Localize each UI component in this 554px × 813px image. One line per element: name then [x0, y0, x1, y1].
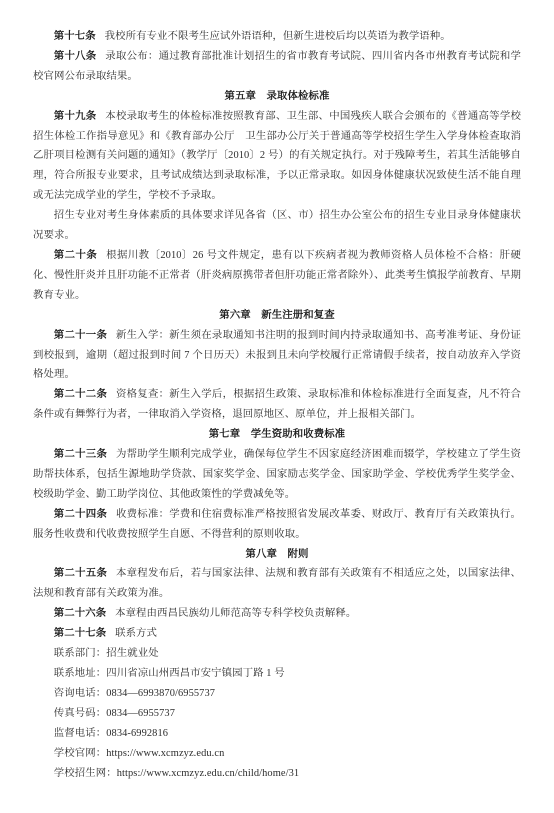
- paragraph-text: 联系部门：招生就业处: [54, 648, 159, 659]
- article-paragraph: 第二十七条联系方式: [33, 624, 521, 644]
- article-number: 第二十四条: [54, 509, 107, 520]
- chapter-heading: 第五章 录取体检标准: [33, 87, 521, 107]
- article-number: 第二十七条: [54, 628, 106, 639]
- paragraph-text: 联系地址：四川省凉山州西昌市安宁镇园丁路 1 号: [54, 668, 285, 679]
- paragraph-text: 咨询电话：0834—6993870/6955737: [54, 688, 215, 699]
- paragraph-text: 传真号码：0834—6955737: [54, 708, 175, 719]
- article-paragraph: 第二十四条收费标准：学费和住宿费标准严格按照省发展改革委、财政厅、教育厅有关政策…: [33, 505, 521, 545]
- paragraph-text: 学校招生网：https://www.xcmzyz.edu.cn/child/ho…: [54, 768, 299, 779]
- paragraph-text: 学校官网：https://www.xcmzyz.edu.cn: [54, 748, 225, 759]
- article-number: 第二十三条: [54, 449, 107, 460]
- contact-line: 联系部门：招生就业处: [33, 644, 521, 664]
- article-paragraph: 招生专业对考生身体素质的具体要求详见各省（区、市）招生办公室公布的招生专业目录身…: [33, 206, 521, 246]
- paragraph-text: 招生专业对考生身体素质的具体要求详见各省（区、市）招生办公室公布的招生专业目录身…: [33, 210, 521, 241]
- article-paragraph: 第十九条本校录取考生的体检标准按照教育部、卫生部、中国残疾人联合会颁布的《普通高…: [33, 107, 521, 207]
- contact-line: 联系地址：四川省凉山州西昌市安宁镇园丁路 1 号: [33, 664, 521, 684]
- contact-line: 学校招生网：https://www.xcmzyz.edu.cn/child/ho…: [33, 764, 521, 784]
- chapter-heading: 第七章 学生资助和收费标准: [33, 425, 521, 445]
- article-paragraph: 第二十三条为帮助学生顺利完成学业，确保每位学生不因家庭经济困难而辍学，学校建立了…: [33, 445, 521, 505]
- document-body: 第十七条我校所有专业不限考生应试外语语种，但新生进校后均以英语为教学语种。第十八…: [33, 27, 521, 783]
- article-number: 第二十五条: [54, 568, 107, 579]
- contact-line: 监督电话：0834-6992816: [33, 724, 521, 744]
- chapter-title: 第八章 附则: [246, 549, 309, 560]
- article-paragraph: 第二十一条新生入学：新生须在录取通知书注明的报到时间内持录取通知书、高考准考证、…: [33, 326, 521, 386]
- chapter-title: 第五章 录取体检标准: [225, 91, 330, 102]
- article-number: 第十八条: [54, 51, 97, 62]
- paragraph-text: 联系方式: [115, 628, 157, 639]
- paragraph-text: 根据川教〔2010〕26 号文件规定，患有以下疾病者视为教师资格人员体检不合格：…: [33, 250, 521, 301]
- contact-line: 传真号码：0834—6955737: [33, 704, 521, 724]
- article-paragraph: 第二十六条本章程由西昌民族幼儿师范高等专科学校负责解释。: [33, 604, 521, 624]
- article-paragraph: 第十八条录取公布：通过教育部批准计划招生的省市教育考试院、四川省内各市州教育考试…: [33, 47, 521, 87]
- paragraph-text: 录取公布：通过教育部批准计划招生的省市教育考试院、四川省内各市州教育考试院和学校…: [33, 51, 521, 82]
- paragraph-text: 我校所有专业不限考生应试外语语种，但新生进校后均以英语为教学语种。: [105, 31, 451, 42]
- chapter-title: 第七章 学生资助和收费标准: [209, 429, 345, 440]
- chapter-heading: 第八章 附则: [33, 545, 521, 565]
- contact-line: 学校官网：https://www.xcmzyz.edu.cn: [33, 744, 521, 764]
- paragraph-text: 监督电话：0834-6992816: [54, 728, 168, 739]
- article-number: 第十九条: [54, 111, 97, 122]
- article-paragraph: 第二十条根据川教〔2010〕26 号文件规定，患有以下疾病者视为教师资格人员体检…: [33, 246, 521, 306]
- chapter-title: 第六章 新生注册和复查: [219, 310, 334, 321]
- paragraph-text: 本校录取考生的体检标准按照教育部、卫生部、中国残疾人联合会颁布的《普通高等学校招…: [33, 111, 521, 202]
- contact-line: 咨询电话：0834—6993870/6955737: [33, 684, 521, 704]
- article-paragraph: 第二十二条资格复查：新生入学后，根据招生政策、录取标准和体检标准进行全面复查，凡…: [33, 385, 521, 425]
- paragraph-text: 本章程由西昌民族幼儿师范高等专科学校负责解释。: [115, 608, 356, 619]
- article-paragraph: 第十七条我校所有专业不限考生应试外语语种，但新生进校后均以英语为教学语种。: [33, 27, 521, 47]
- document-page: 第十七条我校所有专业不限考生应试外语语种，但新生进校后均以英语为教学语种。第十八…: [0, 0, 554, 813]
- article-number: 第十七条: [54, 31, 96, 42]
- article-number: 第二十六条: [54, 608, 106, 619]
- article-paragraph: 第二十五条本章程发布后，若与国家法律、法规和教育部有关政策有不相适应之处，以国家…: [33, 564, 521, 604]
- article-number: 第二十条: [54, 250, 97, 261]
- chapter-heading: 第六章 新生注册和复查: [33, 306, 521, 326]
- article-number: 第二十一条: [54, 330, 107, 341]
- article-number: 第二十二条: [54, 389, 107, 400]
